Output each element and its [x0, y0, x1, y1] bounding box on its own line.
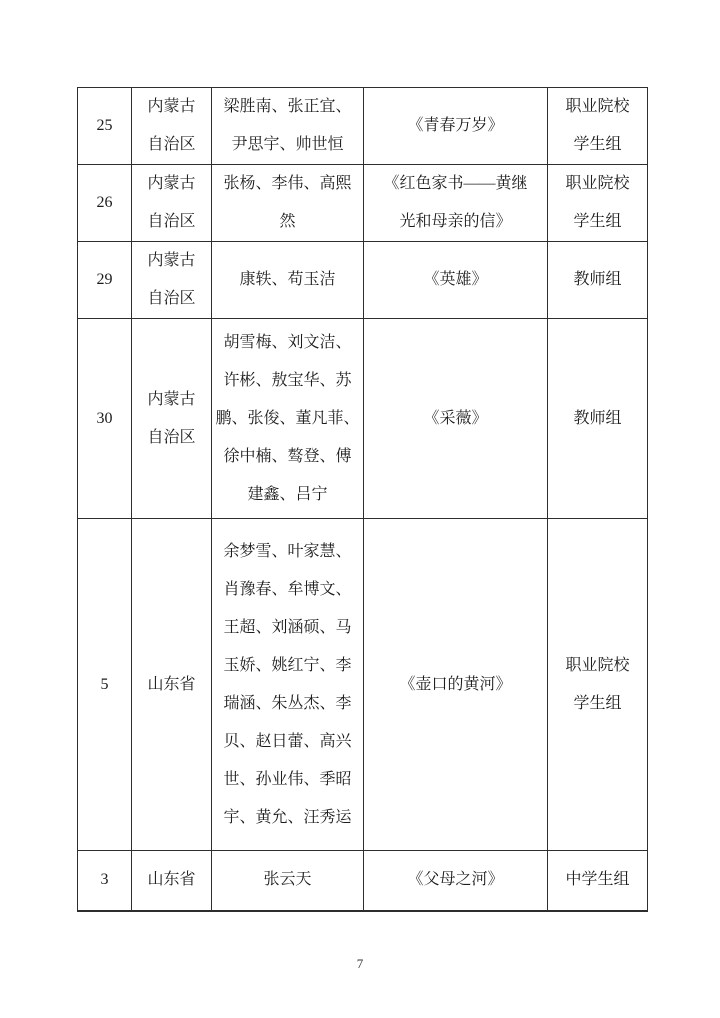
- cell-authors: 胡雪梅、刘文洁、 许彬、敖宝华、苏 鹏、张俊、董凡菲、 徐中楠、骜登、傅 建鑫、…: [212, 319, 364, 519]
- cell-title: 《英雄》: [364, 242, 548, 319]
- entries-table: 25 内蒙古 自治区 梁胜南、张正宜、 尹思宇、帅世恒 《青春万岁》 职业院校 …: [77, 87, 648, 912]
- cell-number: 30: [78, 319, 132, 519]
- cell-number: 5: [78, 519, 132, 851]
- cell-province: 内蒙古 自治区: [132, 242, 212, 319]
- cell-authors: 余梦雪、叶家慧、 肖豫春、牟博文、 王超、刘涵硕、马 玉娇、姚红宁、李 瑞涵、朱…: [212, 519, 364, 851]
- cell-title: 《青春万岁》: [364, 88, 548, 165]
- document-page: 25 内蒙古 自治区 梁胜南、张正宜、 尹思宇、帅世恒 《青春万岁》 职业院校 …: [0, 0, 720, 1018]
- table-row: 26 内蒙古 自治区 张杨、李伟、高熙 然 《红色家书——黄继 光和母亲的信》 …: [78, 165, 648, 242]
- cell-group: 职业院校 学生组: [548, 88, 648, 165]
- table-row: 30 内蒙古 自治区 胡雪梅、刘文洁、 许彬、敖宝华、苏 鹏、张俊、董凡菲、 徐…: [78, 319, 648, 519]
- cell-group: 中学生组: [548, 851, 648, 911]
- cell-title: 《红色家书——黄继 光和母亲的信》: [364, 165, 548, 242]
- cell-title: 《采薇》: [364, 319, 548, 519]
- table-row: 5 山东省 余梦雪、叶家慧、 肖豫春、牟博文、 王超、刘涵硕、马 玉娇、姚红宁、…: [78, 519, 648, 851]
- cell-group: 教师组: [548, 242, 648, 319]
- table-row: 29 内蒙古 自治区 康轶、苟玉洁 《英雄》 教师组: [78, 242, 648, 319]
- page-number: 7: [0, 955, 720, 973]
- cell-title: 《父母之河》: [364, 851, 548, 911]
- table-row: 25 内蒙古 自治区 梁胜南、张正宜、 尹思宇、帅世恒 《青春万岁》 职业院校 …: [78, 88, 648, 165]
- cell-number: 29: [78, 242, 132, 319]
- cell-number: 25: [78, 88, 132, 165]
- cell-province: 山东省: [132, 851, 212, 911]
- cell-title: 《壶口的黄河》: [364, 519, 548, 851]
- cell-number: 26: [78, 165, 132, 242]
- cell-group: 职业院校 学生组: [548, 165, 648, 242]
- cell-authors: 张云天: [212, 851, 364, 911]
- cell-province: 内蒙古 自治区: [132, 88, 212, 165]
- cell-group: 教师组: [548, 319, 648, 519]
- cell-authors: 梁胜南、张正宜、 尹思宇、帅世恒: [212, 88, 364, 165]
- cell-authors: 张杨、李伟、高熙 然: [212, 165, 364, 242]
- table-row: 3 山东省 张云天 《父母之河》 中学生组: [78, 851, 648, 911]
- cell-number: 3: [78, 851, 132, 911]
- cell-group: 职业院校 学生组: [548, 519, 648, 851]
- cell-province: 内蒙古 自治区: [132, 319, 212, 519]
- cell-authors: 康轶、苟玉洁: [212, 242, 364, 319]
- cell-province: 山东省: [132, 519, 212, 851]
- cell-province: 内蒙古 自治区: [132, 165, 212, 242]
